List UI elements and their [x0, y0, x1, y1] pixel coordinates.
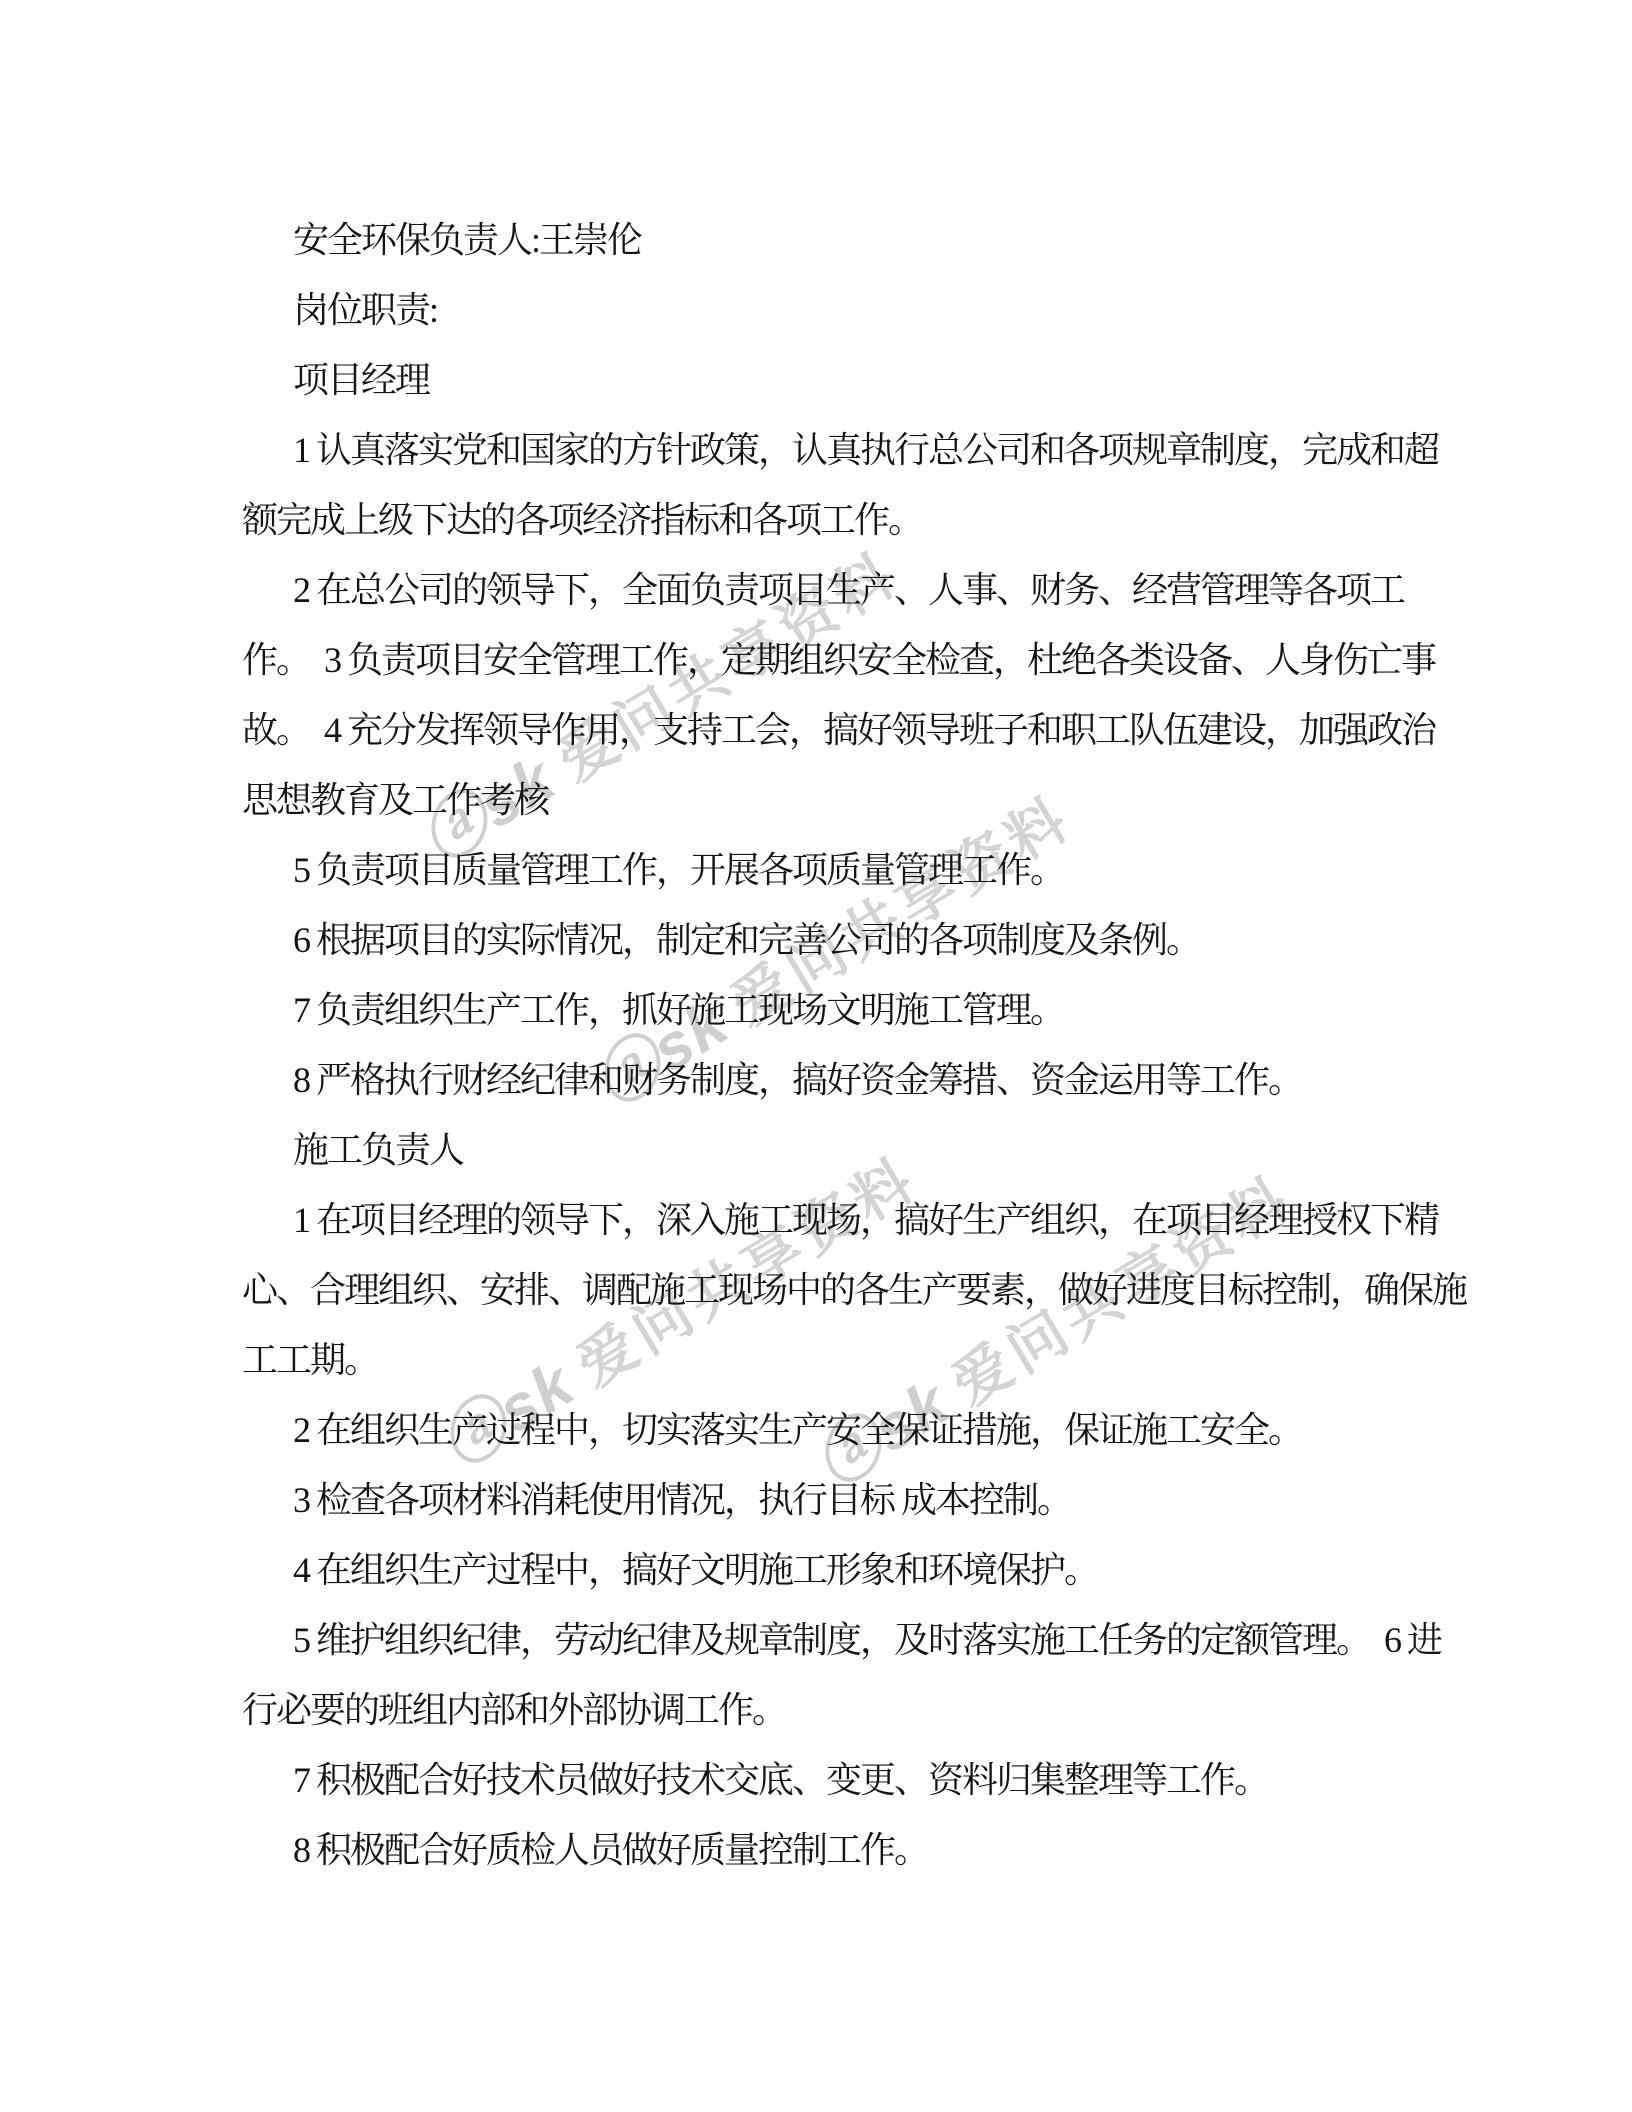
- text-line: 思想教育及工作考核: [242, 765, 1442, 835]
- text-line: 2 在组织生产过程中，切实落实生产安全保证措施，保证施工安全。: [242, 1395, 1442, 1465]
- document-page: ⓐsk爱问共享资料 ⓐsk爱问共享资料 ⓐsk爱问共享资料 ⓐsk爱问共享资料 …: [0, 0, 1632, 2112]
- text-line: 5 维护组织纪律，劳动纪律及规章制度，及时落实施工任务的定额管理。 6 进: [242, 1605, 1442, 1675]
- text-line: 8 积极配合好质检人员做好质量控制工作。: [242, 1815, 1442, 1885]
- text-line: 1 认真落实党和国家的方针政策，认真执行总公司和各项规章制度，完成和超: [242, 415, 1442, 485]
- text-line-construction-lead-heading: 施工负责人: [242, 1115, 1442, 1185]
- text-line: 心、合理组织、安排、调配施工现场中的各生产要素，做好进度目标控制，确保施: [242, 1255, 1442, 1325]
- text-line: 7 负责组织生产工作，抓好施工现场文明施工管理。: [242, 975, 1442, 1045]
- text-line: 1 在项目经理的领导下，深入施工现场，搞好生产组织，在项目经理授权下精: [242, 1185, 1442, 1255]
- text-line: 7 积极配合好技术员做好技术交底、变更、资料归集整理等工作。: [242, 1745, 1442, 1815]
- text-line: 6 根据项目的实际情况，制定和完善公司的各项制度及条例。: [242, 905, 1442, 975]
- text-line: 8 严格执行财经纪律和财务制度，搞好资金筹措、资金运用等工作。: [242, 1045, 1442, 1115]
- text-line: 额完成上级下达的各项经济指标和各项工作。: [242, 485, 1442, 555]
- text-line: 故。 4 充分发挥领导作用，支持工会，搞好领导班子和职工队伍建设，加强政治: [242, 695, 1442, 765]
- text-line-project-manager-heading: 项目经理: [242, 345, 1442, 415]
- text-line: 5 负责项目质量管理工作，开展各项质量管理工作。: [242, 835, 1442, 905]
- document-text: 安全环保负责人:王崇伦 岗位职责: 项目经理 1 认真落实党和国家的方针政策，认…: [242, 172, 1442, 1885]
- text-line-safety-officer: 安全环保负责人:王崇伦: [242, 205, 1442, 275]
- text-line: 2 在总公司的领导下，全面负责项目生产、人事、财务、经营管理等各项工: [242, 555, 1442, 625]
- text-line: 3 检查各项材料消耗使用情况，执行目标 成本控制。: [242, 1465, 1442, 1535]
- text-line: 4 在组织生产过程中，搞好文明施工形象和环境保护。: [242, 1535, 1442, 1605]
- text-line: 工工期。: [242, 1325, 1442, 1395]
- text-line: 行必要的班组内部和外部协调工作。: [242, 1675, 1442, 1745]
- text-line: 作。 3 负责项目安全管理工作，定期组织安全检查，杜绝各类设备、人身伤亡事: [242, 625, 1442, 695]
- text-line-job-duties-heading: 岗位职责:: [242, 275, 1442, 345]
